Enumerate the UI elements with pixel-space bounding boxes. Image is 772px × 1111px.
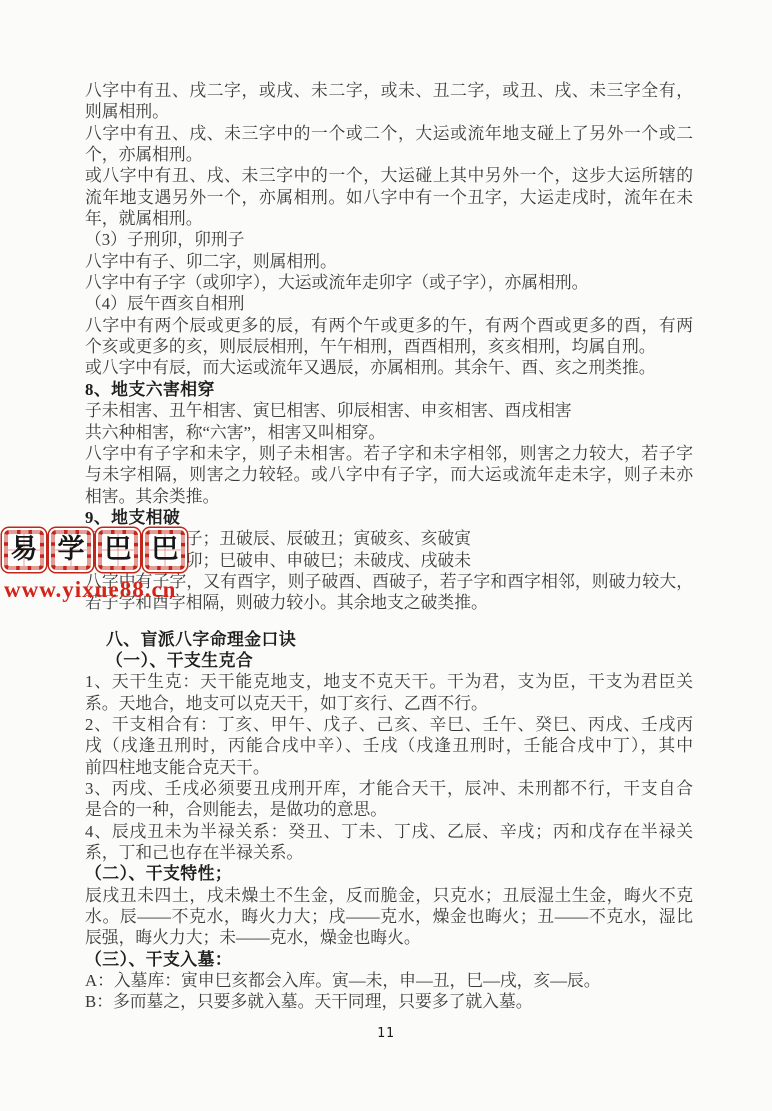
- text-line: 年，就属相刑。: [85, 208, 693, 229]
- text-line: 八字中有两个辰或更多的辰，有两个午或更多的午，有两个酉或更多的酉，有两: [85, 315, 693, 336]
- text-line: （3）子刑卯，卯刑子: [85, 229, 693, 250]
- text-line: 水。辰——不克水，晦火力大；戌——克水，燥金也晦火；丑——不克水，湿比: [85, 906, 693, 927]
- text-line: 系。天地合，地支可以克天干，如丁亥行、乙酉不行。: [85, 693, 693, 714]
- document-page: 八字中有丑、戌二字，或戌、未二字，或未、丑二字，或丑、戌、未三字全有，则属相刑。…: [0, 0, 772, 1111]
- section-heading: （二）、干支特性；: [85, 863, 693, 884]
- text-line: 辰戌丑未四土，戌未燥土不生金，反而脆金，只克水；丑辰湿土生金，晦火不克: [85, 885, 693, 906]
- text-line: 八字中有子字（或卯字），大运或流年走卯字（或子字），亦属相刑。: [85, 272, 693, 293]
- text-line: B：多而墓之，只要多就入墓。天干同理，只要多了就入墓。: [85, 991, 693, 1012]
- watermark-stamp: 学: [51, 530, 91, 570]
- text-line: 辰强，晦火力大；未——克水，燥金也晦火。: [85, 927, 693, 948]
- text-line: 个，亦属相刑。: [85, 144, 693, 165]
- text-line: 八字中有丑、戌二字，或戌、未二字，或未、丑二字，或丑、戌、未三字全有，: [85, 80, 693, 101]
- watermark-stamp-char: 巴: [152, 536, 179, 563]
- watermark-stamp-char: 学: [58, 536, 85, 563]
- text-line: 是合的一种，合则能去，是做功的意思。: [85, 799, 693, 820]
- watermark-stamp-char: 易: [11, 536, 38, 563]
- text-line: 与未字相隔，则害之力较轻。或八字中有子字，而大运或流年走未字，则子未亦: [85, 464, 693, 485]
- text-line: 八字中有子、卯二字，则属相刑。: [85, 251, 693, 272]
- section-heading: 8、地支六害相穿: [85, 379, 693, 400]
- text-line: 则属相刑。: [85, 101, 693, 122]
- text-line: 共六种相害，称“六害”，相害又叫相穿。: [85, 422, 693, 443]
- section-heading: 9、地支相破: [85, 507, 693, 528]
- watermark-stamp: 易: [4, 530, 44, 570]
- text-line: 3、丙戌、壬戌必须要丑戌刑开库，才能合天干，辰冲、未刑都不行，干支自合: [85, 778, 693, 799]
- section-heading: （一）、干支生克合: [85, 650, 693, 671]
- text-line: 系，丁和己也存在半禄关系。: [85, 842, 693, 863]
- text-line: 2、干支相合有：丁亥、甲午、戊子、己亥、辛巳、壬午、癸巳、丙戌、壬戌丙: [85, 714, 693, 735]
- section-heading: 八、盲派八字命理金口诀: [85, 629, 693, 650]
- watermark: 易学巴巴 www.yixue88.cn: [4, 530, 185, 603]
- text-line: 八字中有丑、戌、未三字中的一个或二个，大运或流年地支碰上了另外一个或二: [85, 123, 693, 144]
- text-line: 子未相害、丑午相害、寅巳相害、卯辰相害、申亥相害、酉戌相害: [85, 400, 693, 421]
- text-line: 八字中有子字和未字，则子未相害。若子字和未字相邻，则害之力较大，若子字: [85, 443, 693, 464]
- text-line: 戌（戌逢丑刑时，丙能合戌中辛）、壬戌（戌逢丑刑时，壬能合戌中丁），其中: [85, 735, 693, 756]
- watermark-stamp: 巴: [145, 530, 185, 570]
- text-line: 相害。其余类推。: [85, 486, 693, 507]
- text-line: 1、天干生克：天干能克地支，地支不克天干。干为君，支为臣，干支为君臣关: [85, 671, 693, 692]
- watermark-stamp: 巴: [98, 530, 138, 570]
- text-line: 或八字中有丑、戌、未三字中的一个，大运碰上其中另外一个，这步大运所辖的: [85, 165, 693, 186]
- page-number: 11: [0, 1026, 772, 1041]
- watermark-stamp-char: 巴: [105, 536, 132, 563]
- text-line: 个亥或更多的亥，则辰辰相刑，午午相刑，酉酉相刑，亥亥相刑，均属自刑。: [85, 336, 693, 357]
- text-line: 前四柱地支能合克天干。: [85, 757, 693, 778]
- section-heading: （三）、干支入墓：: [85, 949, 693, 970]
- text-line: 流年地支遇另外一个，亦属相刑。如八字中有一个丑字，大运走戌时，流年在未: [85, 187, 693, 208]
- text-line: 4、辰戌丑未为半禄关系：癸丑、丁未、丁戌、乙辰、辛戌；丙和戊存在半禄关: [85, 821, 693, 842]
- text-line: 或八字中有辰，而大运或流年又遇辰，亦属相刑。其余午、酉、亥之刑类推。: [85, 357, 693, 378]
- text-line: （4）辰午酉亥自相刑: [85, 293, 693, 314]
- watermark-stamps: 易学巴巴: [4, 530, 185, 570]
- text-line: A：入墓库：寅申巳亥都会入库。寅—未，申—丑，巳—戌，亥—辰。: [85, 970, 693, 991]
- watermark-url: www.yixue88.cn: [4, 577, 185, 603]
